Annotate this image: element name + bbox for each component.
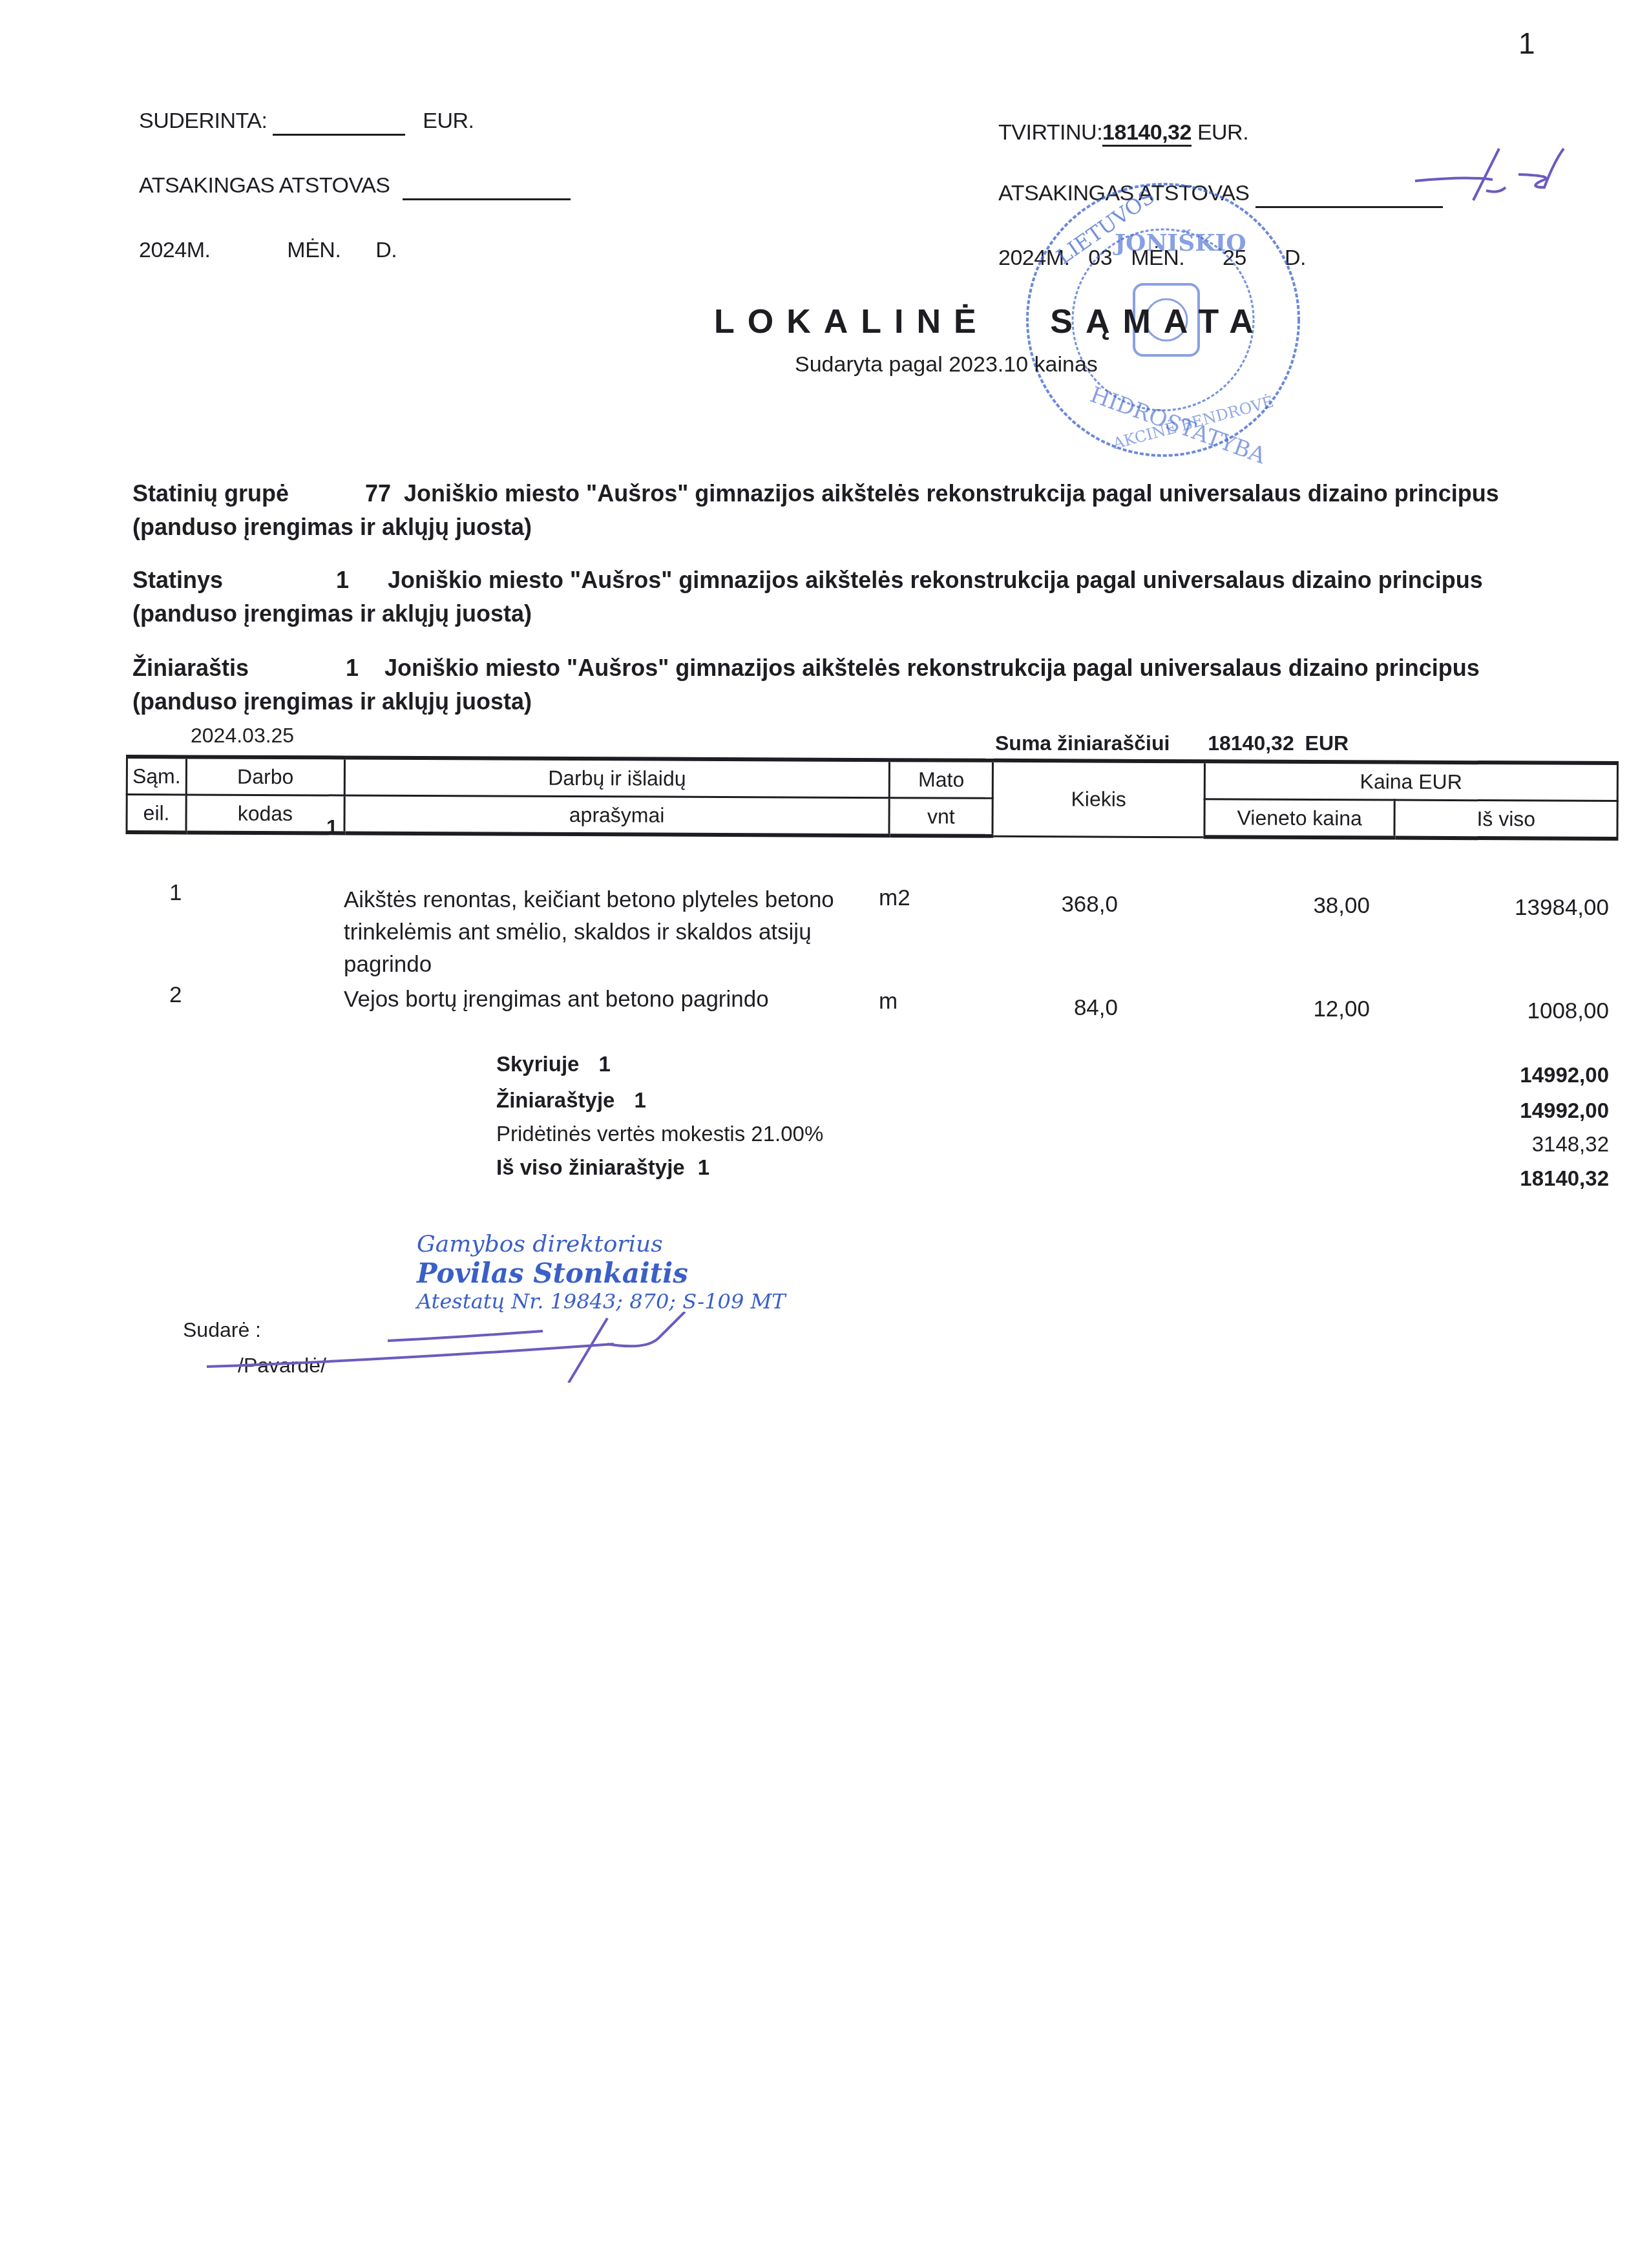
info-number: 1 [346, 651, 384, 685]
signature-icon [1389, 136, 1596, 207]
total-section-value: 14992,00 [1422, 1063, 1609, 1087]
approved-amount-blank [273, 109, 405, 136]
section-number: 1 [326, 815, 338, 839]
estimate-date: 2024.03.25 [191, 724, 294, 748]
signer-name: Povilas Stonkaitis [417, 1257, 786, 1289]
signer-stamp: Gamybos direktorius Povilas Stonkaitis A… [417, 1231, 786, 1314]
info-number: 77 [365, 477, 404, 510]
grand-total-value: 18140,32 [1422, 1166, 1609, 1191]
approved-label: SUDERINTA: [139, 109, 267, 133]
document-subtitle: Sudaryta pagal 2023.10 kainas [795, 352, 1098, 377]
grand-total-label: Iš viso žiniaraštyje1 [496, 1155, 709, 1180]
row-unit: m2 [879, 885, 910, 911]
row-unit: m [879, 989, 898, 1014]
col-header-quantity: Kiekis [993, 761, 1204, 837]
row-number: 2 [169, 982, 182, 1008]
row-description: Vejos bortų įrengimas ant betono pagrind… [344, 983, 887, 1016]
info-line2: (panduso įrengimas ir aklųjų juosta) [132, 514, 532, 540]
confirm-currency: EUR. [1197, 120, 1248, 145]
row-description: Aikštės renontas, keičiant betono plytel… [344, 884, 887, 981]
sum-currency: EUR [1305, 731, 1349, 755]
confirm-line: TVIRTINU:18140,32 EUR. [998, 120, 1248, 145]
vat-label: Pridėtinės vertės mokestis 21.00% [496, 1122, 823, 1146]
info-label: Žiniaraštis [132, 651, 346, 685]
col-header-unit-2: vnt [889, 798, 993, 836]
left-date-line: 2024M. MĖN. D. [139, 238, 397, 263]
row-unit-price: 38,00 [1266, 893, 1370, 919]
col-header-number-2: eil. [127, 795, 186, 833]
left-month: MĖN. [287, 238, 341, 262]
left-day: D. [375, 238, 397, 262]
info-number: 1 [336, 563, 388, 597]
col-header-unit-price: Vieneto kaina [1204, 799, 1395, 838]
info-register: Žiniaraštis1Joniškio miesto "Aušros" gim… [132, 651, 1586, 719]
sum-value: 18140,32 [1208, 731, 1294, 755]
signer-cert: Atestatų Nr. 19843; 870; S-109 MT [417, 1289, 786, 1314]
total-register-value: 14992,00 [1422, 1098, 1609, 1123]
info-label: Statinys [132, 563, 336, 597]
confirm-label: TVIRTINU: [998, 120, 1102, 145]
row-quantity: 84,0 [1014, 995, 1118, 1021]
approved-currency: EUR. [423, 109, 474, 133]
col-header-code: Darbo [186, 757, 344, 795]
info-line1: Joniškio miesto "Aušros" gimnazijos aikš… [404, 480, 1499, 507]
info-line1: Joniškio miesto "Aušros" gimnazijos aikš… [388, 567, 1483, 593]
signer-title: Gamybos direktorius [417, 1231, 786, 1257]
left-rep-blank [403, 173, 571, 200]
col-header-number: Sąm. [127, 757, 186, 795]
col-header-description: Darbų ir išlaidų [344, 757, 890, 797]
left-rep-label: ATSAKINGAS ATSTOVAS [139, 173, 390, 198]
estimate-table-header: Sąm. Darbo Darbų ir išlaidų Mato Kiekis … [125, 755, 1619, 841]
info-line2: (panduso įrengimas ir aklųjų juosta) [132, 600, 532, 627]
left-rep-line: ATSAKINGAS ATSTOVAS [139, 173, 571, 200]
info-building-group: Statinių grupė77Joniškio miesto "Aušros"… [132, 477, 1586, 544]
info-line1: Joniškio miesto "Aušros" gimnazijos aikš… [384, 655, 1480, 681]
col-header-total: Iš viso [1394, 800, 1617, 839]
row-quantity: 368,0 [1014, 892, 1118, 918]
row-total: 1008,00 [1454, 998, 1609, 1024]
col-header-price-group: Kaina EUR [1204, 761, 1617, 801]
svg-text:JONIŠKIO: JONIŠKIO [1113, 229, 1246, 257]
total-section-label: Skyriuje1 [496, 1052, 611, 1076]
sum-label: Suma žiniaraščiui [995, 731, 1170, 755]
sum-line: Suma žiniaraščiui 18140,32 EUR [995, 731, 1349, 755]
page-number: 1 [1518, 26, 1535, 61]
document-title: LOKALINĖ SĄMATA [714, 302, 1266, 341]
info-line2: (panduso įrengimas ir aklųjų juosta) [132, 688, 532, 715]
row-total: 13984,00 [1454, 895, 1609, 921]
approved-line: SUDERINTA: EUR. [139, 109, 474, 136]
left-year: 2024M. [139, 238, 210, 262]
confirm-amount: 18140,32 [1102, 120, 1192, 147]
signature-icon [194, 1312, 711, 1383]
row-unit-price: 12,00 [1266, 996, 1370, 1022]
vat-value: 3148,32 [1422, 1132, 1609, 1157]
total-register-label: Žiniaraštyje1 [496, 1088, 646, 1113]
col-header-description-2: aprašymai [344, 795, 890, 835]
col-header-code-2: kodas [186, 795, 344, 834]
col-header-unit: Mato [890, 760, 993, 798]
row-number: 1 [169, 880, 182, 906]
info-building: Statinys1Joniškio miesto "Aušros" gimnaz… [132, 563, 1586, 631]
info-label: Statinių grupė [132, 477, 365, 510]
